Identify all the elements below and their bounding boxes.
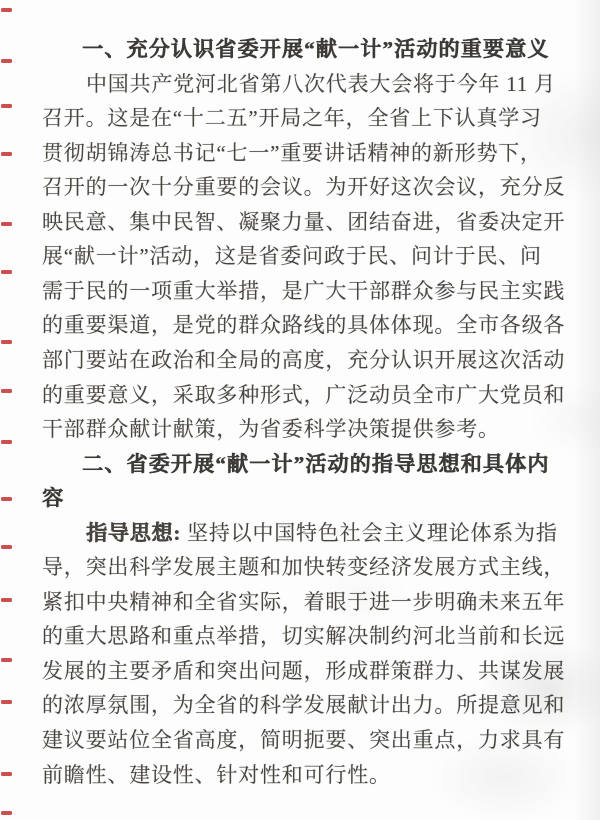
text-segment: 的重要意义，采取多种形式，广泛动员全市广大党员和 (42, 383, 565, 407)
text-line: 召开。这是在“十二五”开局之年，全省上下认真学习 (42, 105, 542, 131)
text-line: 映民意、集中民智、凝聚力量、团结奋进，省委决定开 (42, 209, 565, 235)
red-margin-mark (1, 340, 12, 344)
text-line: 的重要渠道，是党的群众路线的具体体现。全市各级各 (42, 312, 565, 338)
text-segment: 贯彻胡锦涛总书记“七一”重要讲话精神的新形势下， (42, 141, 542, 165)
red-margin-mark (1, 545, 12, 549)
red-margin-mark (1, 389, 12, 393)
red-margin-mark (1, 270, 12, 274)
red-margin-mark (1, 152, 12, 156)
text-line: 的重要意义，采取多种形式，广泛动员全市广大党员和 (42, 382, 565, 408)
bold-text-segment: 二、省委开展“献一计”活动的指导思想和具体内 (82, 452, 549, 476)
text-segment: 映民意、集中民智、凝聚力量、团结奋进，省委决定开 (42, 210, 565, 234)
red-margin-mark (1, 440, 12, 444)
text-segment: 中国共产党河北省第八次代表大会将于今年 11 月 (86, 72, 556, 96)
text-segment: 召开的一次十分重要的会议。为开好这次会议，充分反 (42, 175, 565, 199)
text-segment: 前瞻性、建设性、针对性和可行性。 (42, 763, 391, 787)
text-line: 贯彻胡锦涛总书记“七一”重要讲话精神的新形势下， (42, 140, 542, 166)
red-margin-mark (1, 8, 12, 12)
text-line: 展“献一计”活动，这是省委问政于民、问计于民、问 (42, 243, 542, 269)
heading-line: 容 (42, 485, 64, 511)
red-margin-mark (1, 598, 12, 602)
text-line: 前瞻性、建设性、针对性和可行性。 (42, 762, 391, 788)
text-line: 需于民的一项重大举措，是广大干部群众参与民主实践 (42, 278, 565, 304)
text-line: 中国共产党河北省第八次代表大会将于今年 11 月 (86, 71, 556, 97)
text-segment: 展“献一计”活动，这是省委问政于民、问计于民、问 (42, 244, 542, 268)
scanned-document-page: 一、充分认识省委开展“献一计”活动的重要意义中国共产党河北省第八次代表大会将于今… (0, 0, 600, 820)
text-segment: 建议要站位全省高度，简明扼要、突出重点，力求具有 (42, 728, 565, 752)
text-line: 的浓厚氛围，为全省的科学发展献计出力。所提意见和 (42, 692, 565, 718)
text-line: 指导思想: 坚持以中国特色社会主义理论体系为指 (86, 520, 558, 546)
text-segment: 的重要渠道，是党的群众路线的具体体现。全市各级各 (42, 313, 565, 337)
red-margin-mark (1, 104, 12, 108)
text-segment: 的浓厚氛围，为全省的科学发展献计出力。所提意见和 (42, 693, 565, 717)
bold-text-segment: 一、充分认识省委开展“献一计”活动的重要意义 (82, 37, 549, 61)
heading-line: 二、省委开展“献一计”活动的指导思想和具体内 (82, 451, 549, 477)
text-segment: 部门要站在政治和全局的高度，充分认识开展这次活动 (42, 348, 565, 372)
red-margin-mark (1, 497, 12, 501)
red-margin-mark (1, 222, 12, 226)
text-segment: 需于民的一项重大举措，是广大干部群众参与民主实践 (42, 279, 565, 303)
text-segment: 导，突出科学发展主题和加快转变经济发展方式主线， (42, 555, 565, 579)
red-margin-mark (1, 811, 12, 815)
red-margin-mark (1, 658, 12, 662)
text-line: 紧扣中央精神和全省实际，着眼于进一步明确未来五年 (42, 589, 565, 615)
text-line: 部门要站在政治和全局的高度，充分认识开展这次活动 (42, 347, 565, 373)
text-line: 召开的一次十分重要的会议。为开好这次会议，充分反 (42, 174, 565, 200)
bold-text-segment: 容 (42, 486, 64, 510)
text-segment: 干部群众献计献策，为省委科学决策提供参考。 (42, 417, 500, 441)
text-segment: 坚持以中国特色社会主义理论体系为指 (181, 521, 558, 545)
text-segment: 发展的主要矛盾和突出问题，形成群策群力、共谋发展 (42, 659, 565, 683)
bold-text-segment: 指导思想: (86, 521, 181, 545)
text-line: 干部群众献计献策，为省委科学决策提供参考。 (42, 416, 500, 442)
text-segment: 的重大思路和重点举措，切实解决制约河北当前和长远 (42, 624, 565, 648)
text-segment: 召开。这是在“十二五”开局之年，全省上下认真学习 (42, 106, 542, 130)
red-margin-mark (1, 772, 12, 776)
text-line: 的重大思路和重点举措，切实解决制约河北当前和长远 (42, 623, 565, 649)
red-margin-mark (1, 59, 12, 63)
red-margin-mark (1, 700, 12, 704)
text-segment: 紧扣中央精神和全省实际，着眼于进一步明确未来五年 (42, 590, 565, 614)
text-line: 导，突出科学发展主题和加快转变经济发展方式主线， (42, 554, 565, 580)
text-line: 建议要站位全省高度，简明扼要、突出重点，力求具有 (42, 727, 565, 753)
heading-line: 一、充分认识省委开展“献一计”活动的重要意义 (82, 36, 549, 62)
text-line: 发展的主要矛盾和突出问题，形成群策群力、共谋发展 (42, 658, 565, 684)
